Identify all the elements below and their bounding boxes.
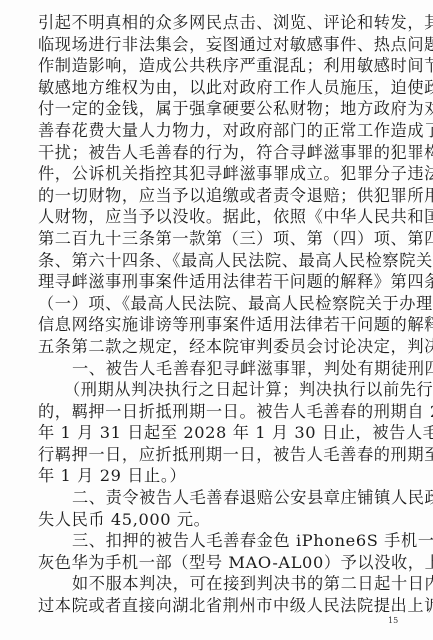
verdict-item-3: 三、扣押的被告人毛善春金色 iPhone6S 手机一部、深	[38, 530, 396, 552]
text-line: 人财物，应当予以没收。据此，依照《中华人民共和国刑法》	[38, 206, 396, 228]
text-line: 理寻衅滋事刑事案件适用法律若干问题的解释》第四条第	[38, 271, 396, 293]
text-line: 善春花费大量人力物力，对政府部门的正常工作造成了严重	[38, 120, 396, 142]
verdict-item-1: 一、被告人毛善春犯寻衅滋事罪，判处有期徒刑四年。	[38, 358, 396, 380]
text-line: 干扰；被告人毛善春的行为，符合寻衅滋事罪的犯罪构成要	[38, 142, 396, 164]
verdict-item-2: 二、责令被告人毛善春退赔公安县章庄铺镇人民政府损	[38, 487, 396, 509]
appeal-notice: 如不服本判决，可在接到判决书的第二日起十日内，通	[38, 573, 396, 595]
text-line: 年 1 月 29 日止。）	[38, 465, 396, 487]
text-line: 临现场进行非法集会，妄图通过对敏感事件、热点问题的炒	[38, 34, 396, 56]
text-line: 条、第六十四条、《最高人民法院、最高人民检察院关于办	[38, 250, 396, 272]
text-line: 的，羁押一日折抵刑期一日。被告人毛善春的刑期自 2024	[38, 401, 396, 423]
text-line: 引起不明真相的众多网民点击、浏览、评论和转发，其还亲	[38, 12, 396, 34]
text-line: 件，公诉机关指控其犯寻衅滋事罪成立。犯罪分子违法所得	[38, 163, 396, 185]
text-line: 失人民币 45,000 元。	[38, 509, 396, 531]
text-line: 信息网络实施诽谤等刑事案件适用法律若干问题的解释》第	[38, 314, 396, 336]
document-page: 引起不明真相的众多网民点击、浏览、评论和转发，其还亲 临现场进行非法集会，妄图通…	[0, 0, 433, 640]
sentence-term-note: （刑期从判决执行之日起计算；判决执行以前先行羁押	[38, 379, 396, 401]
text-line: 行羁押一日，应折抵刑期一日，被告人毛善春的刑期至 2028	[38, 444, 396, 466]
text-line: 付一定的金钱，属于强拿硬要公私财物；地方政府为劝返毛	[38, 98, 396, 120]
text-line: （一）项、《最高人民法院、最高人民检察院关于办理利用	[38, 293, 396, 315]
text-line: 作制造影响，造成公共秩序严重混乱；利用敏感时间节点到	[38, 55, 396, 77]
text-line: 过本院或者直接向湖北省荆州市中级人民法院提出上诉。书	[38, 595, 396, 617]
page-number: 15	[388, 616, 398, 625]
judgment-body-text: 引起不明真相的众多网民点击、浏览、评论和转发，其还亲 临现场进行非法集会，妄图通…	[38, 12, 396, 617]
text-line: 的一切财物，应当予以追缴或者责令退赔；供犯罪所用的本	[38, 185, 396, 207]
text-line: 敏感地方维权为由，以此对政府工作人员施压，迫使政府给	[38, 77, 396, 99]
text-line: 灰色华为手机一部（型号 MAO-AL00）予以没收，上缴国库。	[38, 552, 396, 574]
text-line: 第二百九十三条第一款第（三）项、第（四）项、第四十七	[38, 228, 396, 250]
text-line: 五条第二款之规定，经本院审判委员会讨论决定，判决如下：	[38, 336, 396, 358]
text-line: 年 1 月 31 日起至 2028 年 1 月 30 日止，被告人毛善春被先	[38, 422, 396, 444]
